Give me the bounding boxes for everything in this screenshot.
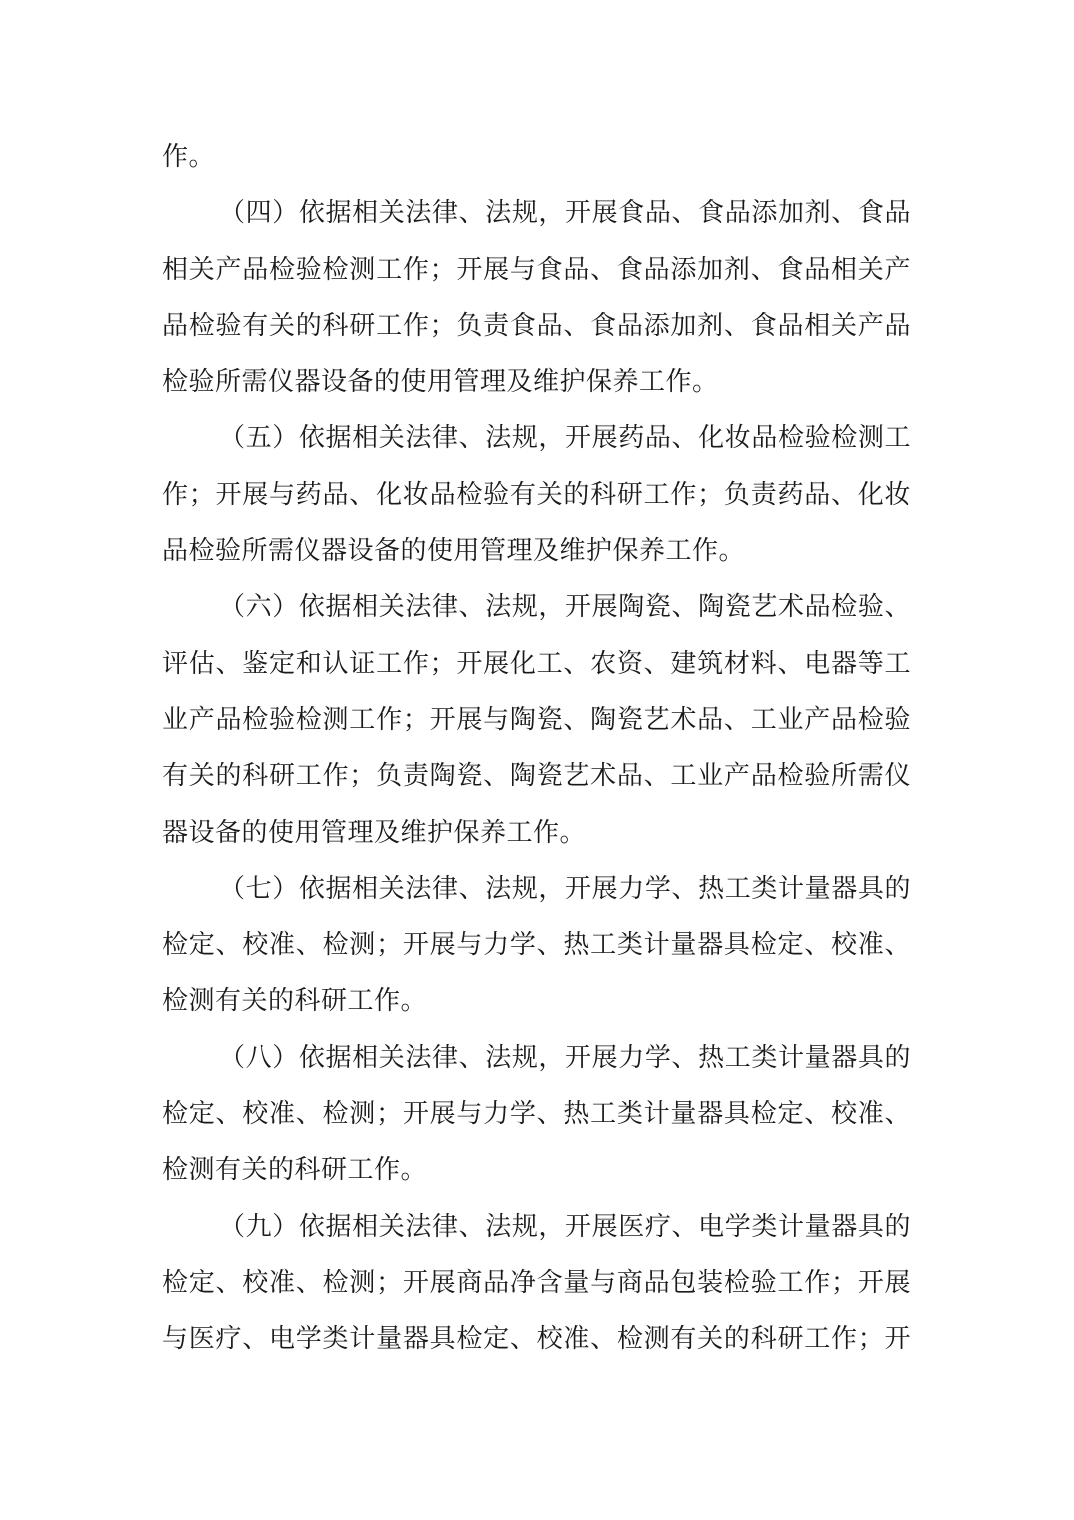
text-line: （四）依据相关法律、法规，开展食品、食品添加剂、食品 (162, 185, 911, 241)
text-line: 器设备的使用管理及维护保养工作。 (162, 805, 911, 861)
text-line: 品检验有关的科研工作；负责食品、食品添加剂、食品相关产品 (162, 298, 911, 354)
text-line: （九）依据相关法律、法规，开展医疗、电学类计量器具的 (162, 1199, 911, 1255)
text-line: （七）依据相关法律、法规，开展力学、热工类计量器具的 (162, 861, 911, 917)
text-line: 评估、鉴定和认证工作；开展化工、农资、建筑材料、电器等工 (162, 636, 911, 692)
text-line: 有关的科研工作；负责陶瓷、陶瓷艺术品、工业产品检验所需仪 (162, 748, 911, 804)
text-line: （六）依据相关法律、法规，开展陶瓷、陶瓷艺术品检验、 (162, 579, 911, 635)
text-line: 检定、校准、检测；开展商品净含量与商品包装检验工作；开展 (162, 1255, 911, 1311)
text-line: （五）依据相关法律、法规，开展药品、化妆品检验检测工 (162, 410, 911, 466)
text-line: 相关产品检验检测工作；开展与食品、食品添加剂、食品相关产 (162, 242, 911, 298)
document-body: 作。（四）依据相关法律、法规，开展食品、食品添加剂、食品相关产品检验检测工作；开… (162, 129, 911, 1368)
text-line: 与医疗、电学类计量器具检定、校准、检测有关的科研工作；开 (162, 1311, 911, 1367)
text-line: （八）依据相关法律、法规，开展力学、热工类计量器具的 (162, 1030, 911, 1086)
text-line: 作；开展与药品、化妆品检验有关的科研工作；负责药品、化妆 (162, 467, 911, 523)
text-line: 检测有关的科研工作。 (162, 973, 911, 1029)
document-page: 作。（四）依据相关法律、法规，开展食品、食品添加剂、食品相关产品检验检测工作；开… (0, 0, 1074, 1520)
text-line: 检定、校准、检测；开展与力学、热工类计量器具检定、校准、 (162, 917, 911, 973)
text-line: 业产品检验检测工作；开展与陶瓷、陶瓷艺术品、工业产品检验 (162, 692, 911, 748)
text-line: 检测有关的科研工作。 (162, 1142, 911, 1198)
text-line: 检定、校准、检测；开展与力学、热工类计量器具检定、校准、 (162, 1086, 911, 1142)
text-line: 检验所需仪器设备的使用管理及维护保养工作。 (162, 354, 911, 410)
text-line: 品检验所需仪器设备的使用管理及维护保养工作。 (162, 523, 911, 579)
text-line: 作。 (162, 129, 911, 185)
